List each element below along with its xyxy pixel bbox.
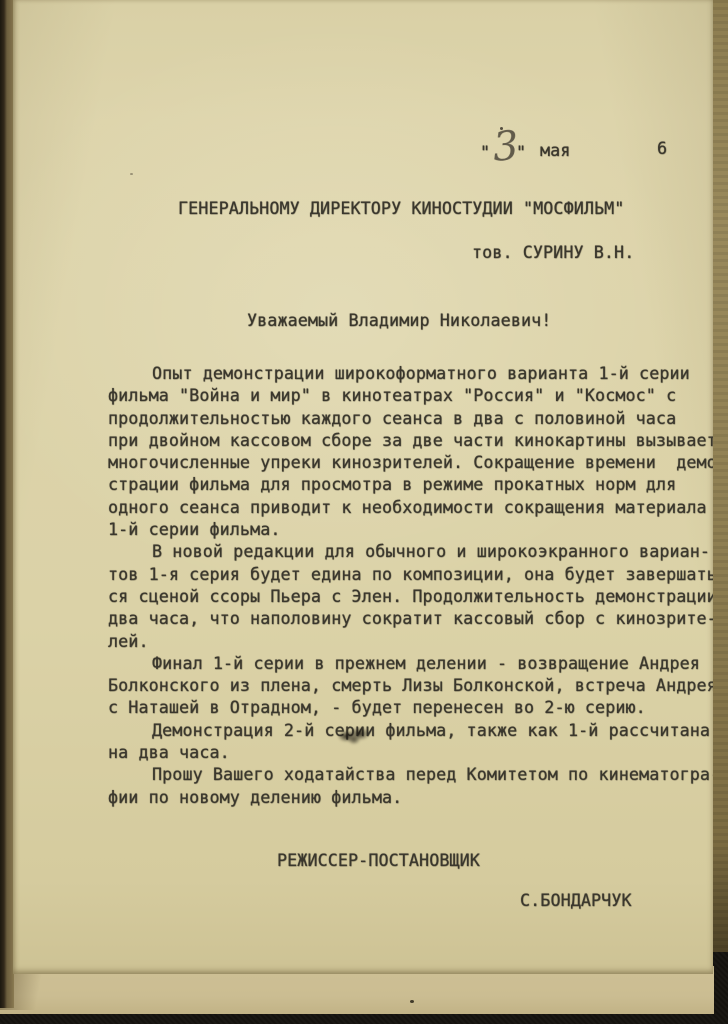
paper-speck xyxy=(130,173,133,175)
signature-title: РЕЖИССЕР-ПОСТАНОВЩИК xyxy=(277,850,480,870)
body-line: Финал 1-й серии в прежнем делении - возв… xyxy=(108,652,713,674)
ink-blot xyxy=(335,723,373,747)
paper-speck xyxy=(500,127,503,130)
body-line: продолжительностью каждого сеанса в два … xyxy=(108,407,713,429)
body-line: два часа, что наполовину сократит кассов… xyxy=(108,607,713,629)
body-line: страции фильма для просмотра в режиме пр… xyxy=(108,473,713,495)
scanned-letter-page: " 3 " мая 6 ГЕНЕРАЛЬНОМУ ДИРЕКТОРУ КИНОС… xyxy=(0,0,728,1024)
page-number: 6 xyxy=(657,138,667,158)
body-line: Демонстрация 2-й серии фильма, также как… xyxy=(108,719,713,741)
left-board-edge xyxy=(0,0,14,1008)
body-line: фильма "Война и мир" в кинотеатрах "Росс… xyxy=(108,384,713,406)
date-quote-close: " xyxy=(516,142,526,162)
letter-paper: " 3 " мая 6 ГЕНЕРАЛЬНОМУ ДИРЕКТОРУ КИНОС… xyxy=(13,0,713,974)
date-quote-open: " xyxy=(480,142,490,162)
body-line: с Наташей в Отрадном, - будет перенесен … xyxy=(108,696,713,718)
body-line: Прошу Вашего ходатайства перед Комитетом… xyxy=(108,763,713,785)
body-line: 1-й серии фильма. xyxy=(108,518,713,540)
body-line: многочисленные упреки кинозрителей. Сокр… xyxy=(108,451,713,473)
paper-speck xyxy=(410,1000,414,1003)
signature-name: С.БОНДАРЧУК xyxy=(520,890,632,910)
salutation: Уважаемый Владимир Николаевич! xyxy=(247,310,551,330)
recipient-title: ГЕНЕРАЛЬНОМУ ДИРЕКТОРУ КИНОСТУДИИ "МОСФИ… xyxy=(178,198,624,218)
date-month: мая xyxy=(540,140,570,160)
body-line: Опыт демонстрации широкоформатного вариа… xyxy=(108,362,713,384)
body-line: фии по новому делению фильма. xyxy=(108,786,713,808)
letter-body: Опыт демонстрации широкоформатного вариа… xyxy=(108,362,713,808)
body-line: ся сценой ссоры Пьера с Элен. Продолжите… xyxy=(108,585,713,607)
body-line: на два часа. xyxy=(108,741,713,763)
recipient-name: тов. СУРИНУ В.Н. xyxy=(472,242,634,262)
body-line: тов 1-я серия будет едина по композиции,… xyxy=(108,563,713,585)
body-line: Болконского из плена, смерть Лизы Болкон… xyxy=(108,674,713,696)
body-line: В новой редакции для обычного и широкоэк… xyxy=(108,540,713,562)
body-line: при двойном кассовом сборе за две части … xyxy=(108,429,713,451)
body-line: лей. xyxy=(108,630,713,652)
right-board-edge xyxy=(711,0,728,952)
body-line: одного сеанса приводит к необходимости с… xyxy=(108,496,713,518)
